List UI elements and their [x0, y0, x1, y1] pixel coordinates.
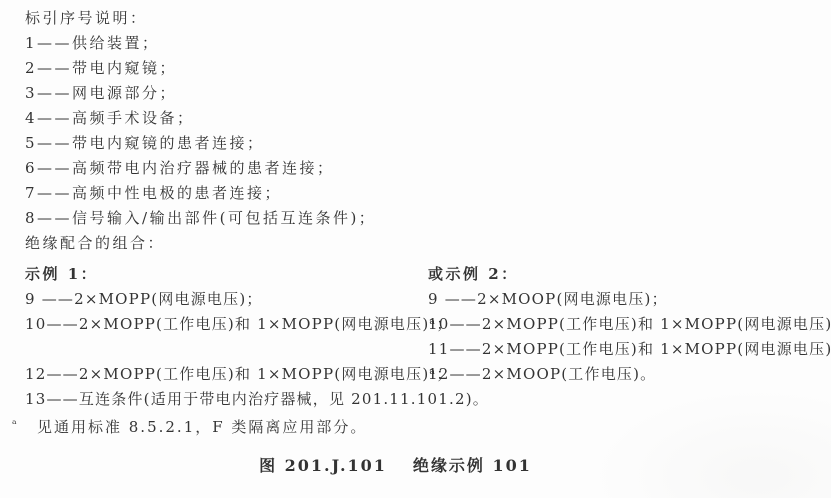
legend-section: 标引序号说明： 1——供给装置； 2——带电内窥镜； 3——网电源部分； 4——… — [25, 6, 831, 256]
example-1-column: 示例 1： 9 ——2×MOPP(网电源电压)； 10——2×MOPP(工作电压… — [25, 262, 428, 440]
example-1-heading: 示例 1： — [25, 262, 428, 287]
example-2-item-10: 10——2×MOPP(工作电压)和 1×MOPP(网电源电压)ᵃ； — [428, 312, 831, 337]
example-1-blank-line — [25, 337, 428, 362]
legend-item-3: 3——网电源部分； — [25, 81, 831, 106]
footnote-text: 见通用标准 8.5.2.1，F 类隔离应用部分。 — [37, 418, 367, 436]
legend-item-1: 1——供给装置； — [25, 31, 831, 56]
example-2-item-9: 9 ——2×MOOP(网电源电压)； — [428, 287, 831, 312]
legend-heading: 标引序号说明： — [25, 6, 831, 31]
example-2-item-12: 12——2×MOOP(工作电压)。 — [428, 362, 831, 387]
figure-caption: 图 201.J.101绝缘示例 101 — [0, 453, 791, 476]
combinations-heading: 绝缘配合的组合： — [25, 231, 831, 256]
example-1-item-12: 12——2×MOPP(工作电压)和 1×MOPP(网电源电压)ᵃ； — [25, 362, 428, 387]
example-2-heading: 或示例 2： — [428, 262, 831, 287]
figure-label: 图 201.J.101 — [259, 456, 387, 475]
legend-item-7: 7——高频中性电极的患者连接； — [25, 181, 831, 206]
example-2-item-11: 11——2×MOPP(工作电压)和 1×MOPP(网电源电压)ᵃ； — [428, 337, 831, 362]
document-page: 标引序号说明： 1——供给装置； 2——带电内窥镜； 3——网电源部分； 4——… — [0, 0, 831, 498]
example-2-column: 或示例 2： 9 ——2×MOOP(网电源电压)； 10——2×MOPP(工作电… — [428, 262, 831, 440]
legend-item-4: 4——高频手术设备； — [25, 106, 831, 131]
example-1-item-13: 13——互连条件(适用于带电内治疗器械，见 201.11.101.2)。 — [25, 387, 428, 412]
examples-section: 示例 1： 9 ——2×MOPP(网电源电压)； 10——2×MOPP(工作电压… — [25, 262, 831, 440]
example-1-item-9: 9 ——2×MOPP(网电源电压)； — [25, 287, 428, 312]
figure-title: 绝缘示例 101 — [413, 456, 532, 475]
footnote: ᵃ见通用标准 8.5.2.1，F 类隔离应用部分。 — [12, 412, 428, 440]
footnote-marker: ᵃ — [12, 412, 37, 437]
legend-item-2: 2——带电内窥镜； — [25, 56, 831, 81]
example-1-item-10: 10——2×MOPP(工作电压)和 1×MOPP(网电源电压)ᵃ； — [25, 312, 428, 337]
legend-item-6: 6——高频带电内治疗器械的患者连接； — [25, 156, 831, 181]
legend-item-8: 8——信号输入/输出部件(可包括互连条件)； — [25, 206, 831, 231]
legend-item-5: 5——带电内窥镜的患者连接； — [25, 131, 831, 156]
